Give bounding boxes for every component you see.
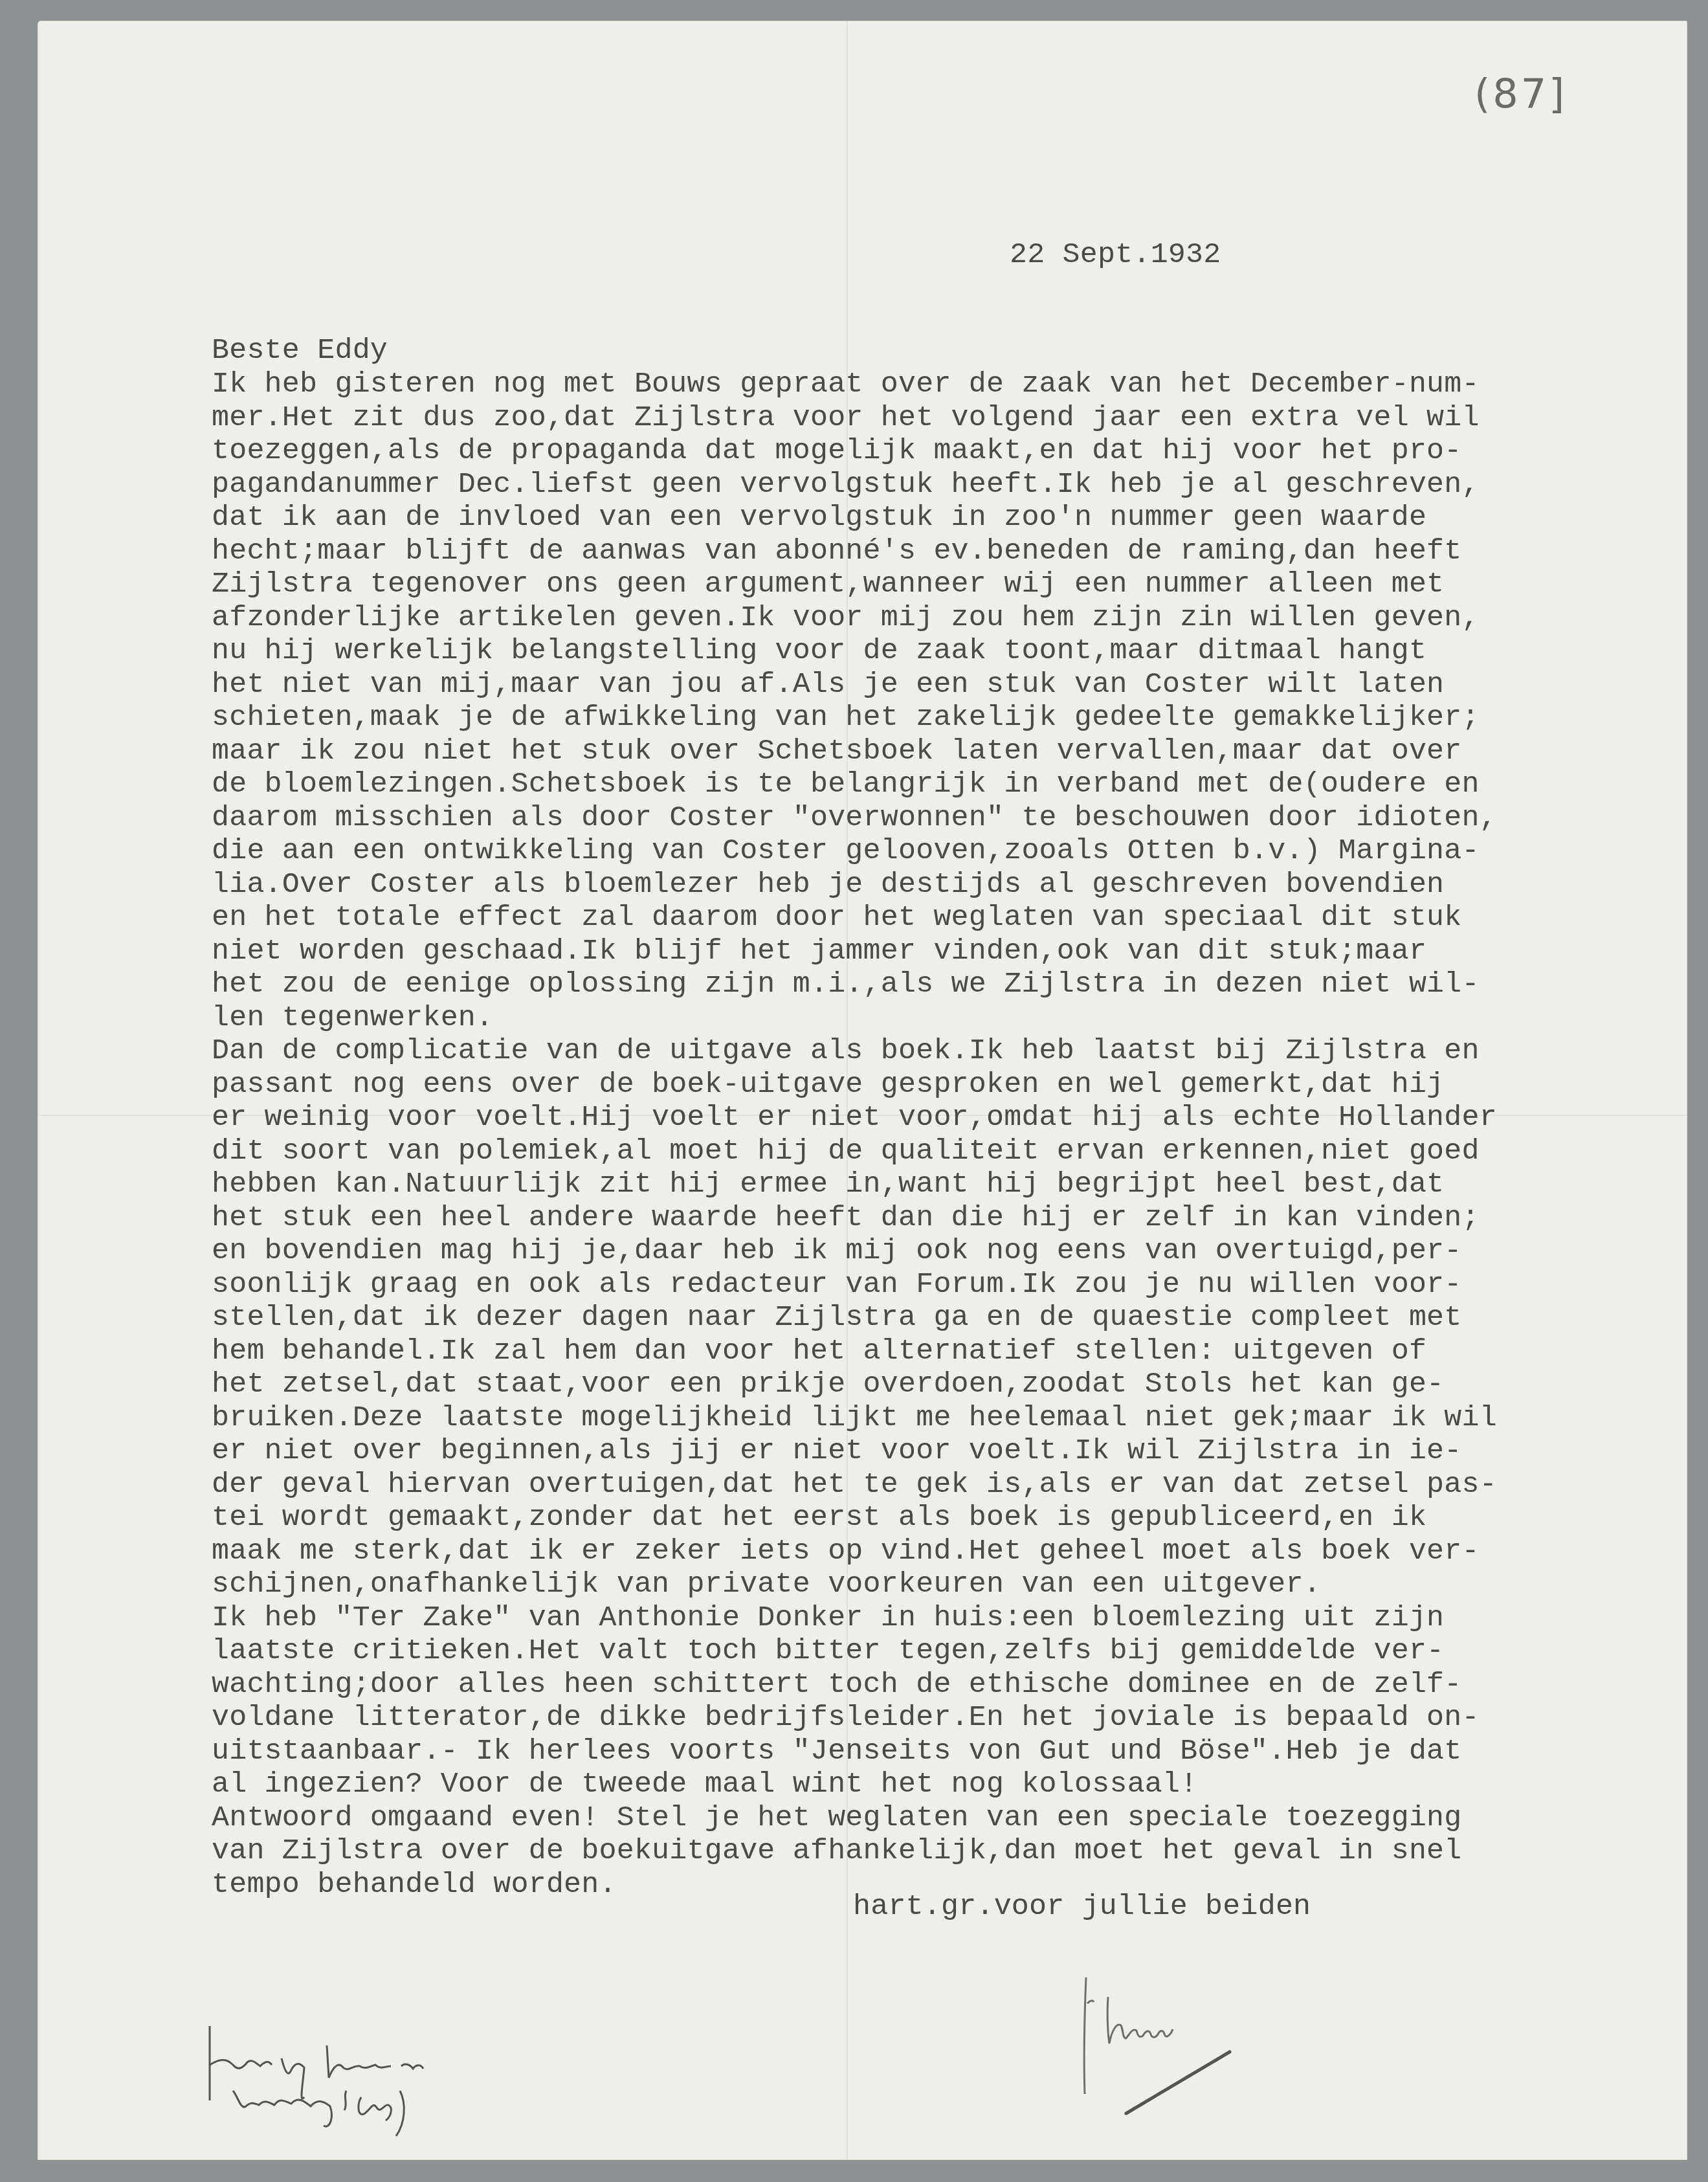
letter-line: schijnen,onafhankelijk van private voork…	[212, 1568, 1497, 1601]
handwritten-note	[207, 2020, 479, 2168]
letter-line: afzonderlijke artikelen geven.Ik voor mi…	[212, 601, 1497, 635]
letter-line: niet worden geschaad.Ik blijf het jammer…	[212, 935, 1497, 968]
letter-line: dat ik aan de invloed van een vervolgstu…	[212, 501, 1497, 535]
letter-line: er weinig voor voelt.Hij voelt er niet v…	[212, 1101, 1497, 1135]
letter-line: de bloemlezingen.Schetsboek is te belang…	[212, 768, 1497, 801]
letter-line: mer.Het zit dus zoo,dat Zijlstra voor he…	[212, 401, 1497, 435]
letter-line: daarom misschien als door Coster "overwo…	[212, 801, 1497, 835]
letter-line: al ingezien? Voor de tweede maal wint he…	[212, 1768, 1497, 1801]
letter-line: Dan de complicatie van de uitgave als bo…	[212, 1034, 1497, 1068]
closing: hart.gr.voor jullie beiden	[853, 1890, 1311, 1923]
letter-line: toezeggen,als de propaganda dat mogelijk…	[212, 434, 1497, 468]
letter-line: dit soort van polemiek,al moet hij de qu…	[212, 1135, 1497, 1168]
letter-line: die aan een ontwikkeling van Coster gelo…	[212, 834, 1497, 868]
letter-line: maak me sterk,dat ik er zeker iets op vi…	[212, 1535, 1497, 1568]
letter-line: het zou de eenige oplossing zijn m.i.,al…	[212, 968, 1497, 1001]
letter-line: van Zijlstra over de boekuitgave afhanke…	[212, 1834, 1497, 1868]
letter-line: bruiken.Deze laatste mogelijkheid lijkt …	[212, 1401, 1497, 1435]
letter-line: soonlijk graag en ook als redacteur van …	[212, 1268, 1497, 1302]
letter-line: uitstaanbaar.- Ik herlees voorts "Jensei…	[212, 1735, 1497, 1768]
letter-line: laatste critieken.Het valt toch bitter t…	[212, 1634, 1497, 1668]
letter-line: hecht;maar blijft de aanwas van abonné's…	[212, 535, 1497, 568]
letter-line: stellen,dat ik dezer dagen naar Zijlstra…	[212, 1301, 1497, 1335]
archive-number: (87]	[1474, 70, 1567, 117]
letter-line: het zetsel,dat staat,voor een prikje ove…	[212, 1368, 1497, 1401]
letter-line: Ik heb "Ter Zake" van Anthonie Donker in…	[212, 1601, 1497, 1635]
letter-line: Antwoord omgaand even! Stel je het wegla…	[212, 1801, 1497, 1835]
letter-line: tei wordt gemaakt,zonder dat het eerst a…	[212, 1501, 1497, 1535]
letter-line: Ik heb gisteren nog met Bouws gepraat ov…	[212, 368, 1497, 401]
letter-line: hebben kan.Natuurlijk zit hij ermee in,w…	[212, 1168, 1497, 1201]
letter-line: schieten,maak je de afwikkeling van het …	[212, 701, 1497, 735]
salutation: Beste Eddy	[212, 334, 388, 367]
letter-line: en bovendien mag hij je,daar heb ik mij …	[212, 1234, 1497, 1268]
letter-line: pagandanummer Dec.liefst geen vervolgstu…	[212, 468, 1497, 502]
signature	[1074, 1971, 1333, 2126]
letter-line: der geval hiervan overtuigen,dat het te …	[212, 1468, 1497, 1502]
letter-line: maar ik zou niet het stuk over Schetsboe…	[212, 735, 1497, 768]
letter-line: er niet over beginnen,als jij er niet vo…	[212, 1434, 1497, 1468]
letter-line: Zijlstra tegenover ons geen argument,wan…	[212, 568, 1497, 601]
letter-line: hem behandel.Ik zal hem dan voor het alt…	[212, 1335, 1497, 1368]
letter-line: len tegenwerken.	[212, 1001, 1497, 1035]
letter-line: lia.Over Coster als bloemlezer heb je de…	[212, 868, 1497, 902]
letter-line: het niet van mij,maar van jou af.Als je …	[212, 668, 1497, 702]
letter-line: en het totale effect zal daarom door het…	[212, 901, 1497, 935]
letter-date: 22 Sept.1932	[1010, 238, 1221, 271]
letter-line: voldane litterator,de dikke bedrijfsleid…	[212, 1701, 1497, 1735]
letter-line: wachting;door alles heen schittert toch …	[212, 1668, 1497, 1702]
letter-body: Ik heb gisteren nog met Bouws gepraat ov…	[212, 368, 1497, 1901]
letter-line: nu hij werkelijk belangstelling voor de …	[212, 634, 1497, 668]
letter-line: passant nog eens over de boek-uitgave ge…	[212, 1068, 1497, 1102]
letter-line: het stuk een heel andere waarde heeft da…	[212, 1201, 1497, 1235]
